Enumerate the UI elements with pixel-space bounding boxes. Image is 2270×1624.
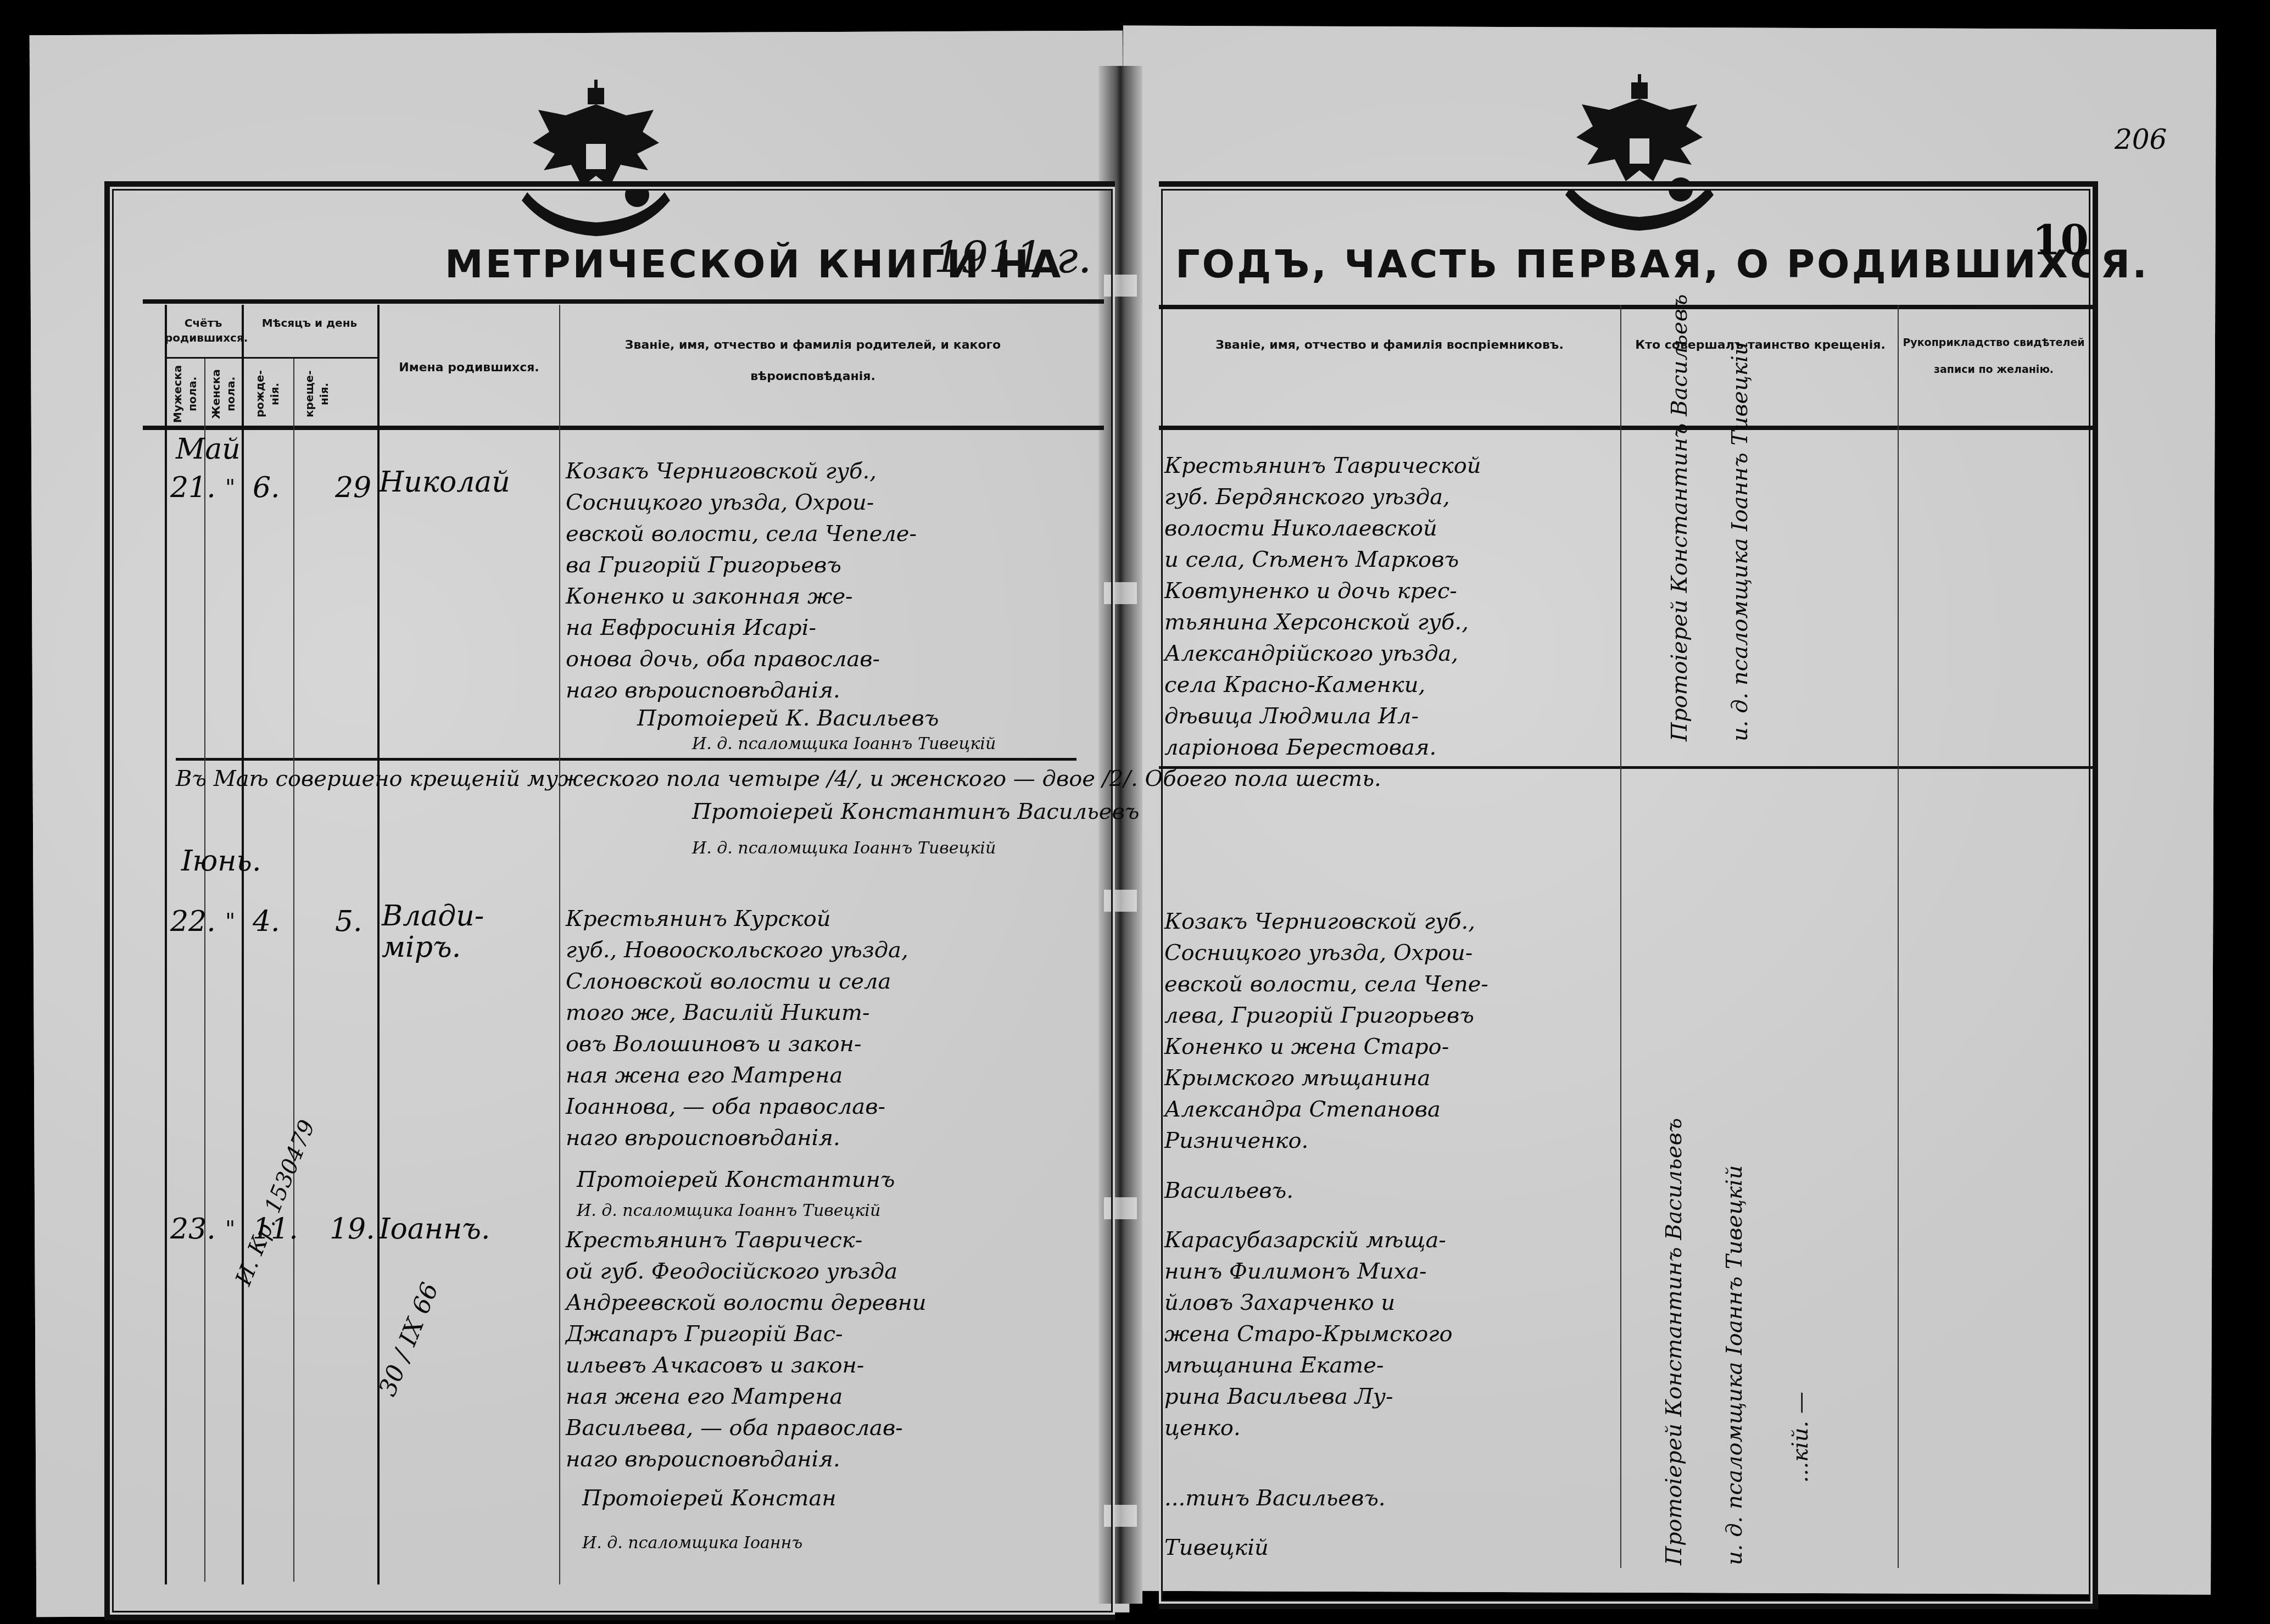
entry-parents-signature-2: И. д. псаломщика Іоаннъ: [582, 1532, 802, 1554]
entry-parents: Крестьянинъ Таврическ- ой губ. Феодосійс…: [566, 1225, 1077, 1475]
col-header-godparents: Званіе, имя, отчество и фамилія воспріем…: [1164, 330, 1615, 361]
summary-signature: Протоіерей Константинъ Васильевъ: [692, 796, 1139, 828]
header-rule-top: [1159, 305, 2093, 309]
entry-parents-signature: Протоіерей К. Васильевъ: [637, 703, 939, 734]
col-header-male: Мужеска пола.: [170, 365, 198, 423]
entry-count-male: 22.: [170, 906, 216, 937]
entry-divider: [176, 758, 1077, 761]
entry-birth-day: 4.: [253, 906, 280, 937]
col-header-witnesses: Рукоприкладство свидѣтелей записи по жел…: [1900, 330, 2087, 384]
entry-parents: Крестьянинъ Курской губ., Новооскольског…: [566, 903, 1077, 1154]
col-header-baptism: креще-нія.: [302, 365, 330, 423]
entry-count-female: ": [225, 1214, 235, 1245]
header-rule-bottom: [143, 426, 1104, 430]
officiant-entry1-2: и. д. псаломщика Іоаннъ Тивецкій: [1725, 478, 1756, 741]
summary-signature-2: И. д. псаломщика Іоаннъ Тивецкій: [692, 838, 996, 860]
col-header-parents: Званіе, имя, отчество и фамилія родителе…: [566, 330, 1060, 392]
column-rule: [204, 357, 205, 1582]
entry-parents-signature: Протоіерей Константинъ: [577, 1164, 895, 1196]
entry-godparents-signature: ...тинъ Васильевъ.: [1164, 1483, 1386, 1514]
officiant-entry1: Протоіерей Константинъ Васильевъ: [1664, 478, 1695, 741]
officiant-vertical-1: Протоіерей Константинъ Васильевъ: [1659, 824, 1690, 1565]
col-header-officiant: Кто совершалъ таинство крещенія.: [1626, 330, 1895, 361]
folio-number: 206: [2115, 124, 2167, 155]
monthly-summary: Въ Маѣ совершено крещеній мужеского пола…: [176, 763, 1077, 795]
subheader-rule: [165, 357, 377, 359]
col-header-date: Мѣсяцъ и день: [242, 316, 377, 331]
entry-baptism-day: 29: [335, 472, 371, 504]
col-header-names: Имена родившихся.: [379, 360, 559, 376]
entry-child-name: Іоаннъ.: [379, 1214, 490, 1245]
month-label: Іюнь.: [181, 846, 261, 877]
officiant-vertical-2: и. д. псаломщика Іоаннъ Тивецкій: [1719, 824, 1750, 1565]
entry-child-name: Николай: [379, 467, 510, 498]
entry-godparents: Крестьянинъ Таврической губ. Бердянского…: [1164, 450, 1615, 763]
header-rule-bottom: [1159, 426, 2093, 430]
entry-baptism-day: 5.: [335, 906, 362, 937]
col-header-count: Счётъ родившихся.: [165, 316, 242, 345]
entry-parents-signature-2: И. д. псаломщика Іоаннъ Тивецкій: [692, 733, 996, 755]
entry-count-female: ": [225, 472, 235, 504]
month-label: Май: [176, 434, 241, 465]
column-rule: [293, 357, 294, 1582]
entry-count-male: 23.: [170, 1214, 216, 1245]
col-header-female: Женска пола.: [209, 365, 236, 423]
column-rule: [165, 305, 167, 1584]
entry-godparents: Карасубазарскій мѣща- нинъ Филимонъ Миха…: [1164, 1225, 1615, 1444]
entry-godparents: Козакъ Черниговской губ., Сосницкого уѣз…: [1164, 906, 1615, 1157]
column-rule: [1898, 305, 1899, 1568]
entry-parents-signature: Протоіерей Констан: [582, 1483, 836, 1514]
entry-baptism-day: 19.: [330, 1214, 375, 1245]
entry-godparents-signature-2: Тивецкій: [1164, 1532, 1269, 1564]
officiant-vertical-3: ...кій. —: [1785, 1263, 1816, 1483]
entry-child-name: Влади- міръ.: [382, 901, 484, 963]
column-rule: [242, 305, 244, 1584]
column-rule: [559, 305, 560, 1584]
header-rule-top: [143, 299, 1104, 304]
entry-parents-signature-2: И. д. псаломщика Іоаннъ Тивецкій: [577, 1200, 880, 1222]
entry-count-male: 21.: [170, 472, 216, 504]
col-header-birth: рожде-нія.: [253, 365, 280, 423]
entry-godparents-signature: Васильевъ.: [1164, 1175, 1293, 1207]
entry-parents: Козакъ Черниговской губ., Сосницкого уѣз…: [566, 456, 1077, 706]
entry-count-female: ": [225, 906, 235, 937]
column-rule: [1620, 305, 1621, 1568]
entry-birth-day: 6.: [253, 472, 280, 504]
